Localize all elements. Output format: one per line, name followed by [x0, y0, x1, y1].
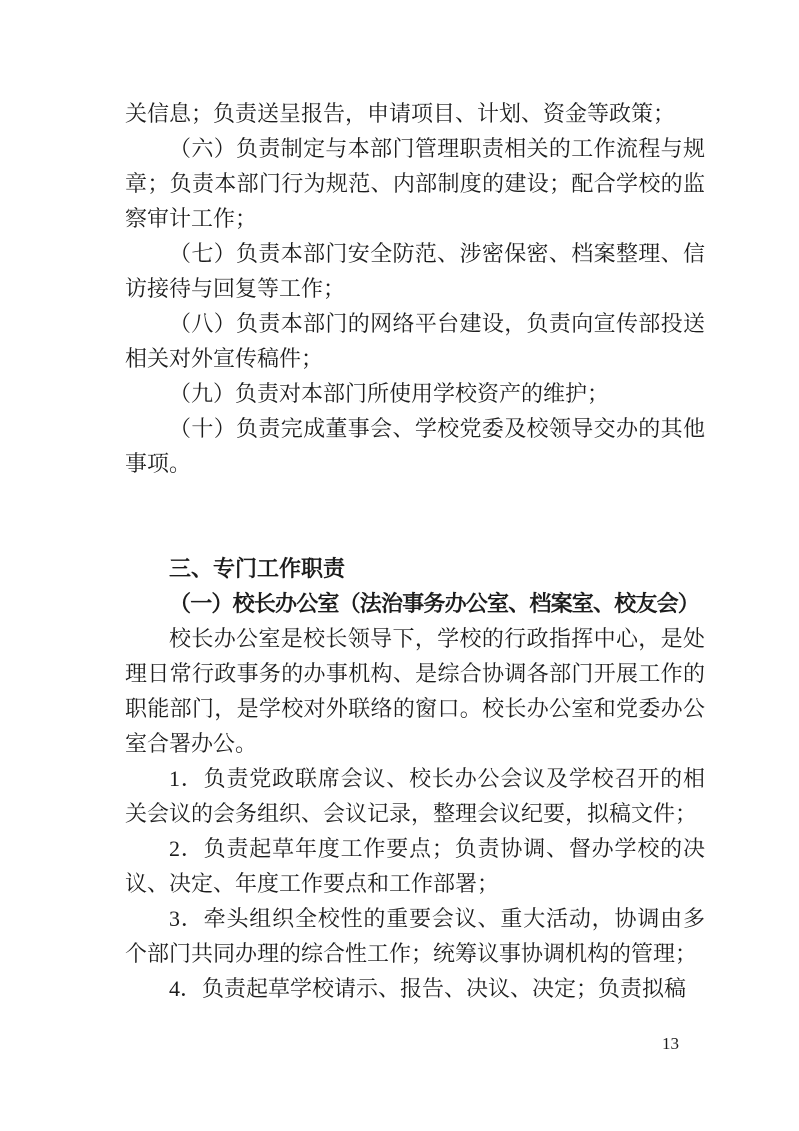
section-heading: 三、专门工作职责	[125, 551, 705, 586]
paragraph-duty-nine: （九）负责对本部门所使用学校资产的维护；	[125, 376, 705, 411]
paragraph-duty-ten: （十）负责完成董事会、学校党委及校领导交办的其他事项。	[125, 411, 705, 481]
paragraph-task-4: 4．负责起草学校请示、报告、决议、决定；负责拟稿	[125, 971, 705, 1006]
page-number: 13	[662, 1034, 679, 1054]
document-content: 关信息；负责送呈报告，申请项目、计划、资金等政策； （六）负责制定与本部门管理职…	[125, 96, 705, 1006]
paragraph-duty-eight: （八）负责本部门的网络平台建设，负责向宣传部投送相关对外宣传稿件；	[125, 306, 705, 376]
paragraph-task-3: 3．牵头组织全校性的重要会议、重大活动，协调由多个部门共同办理的综合性工作；统筹…	[125, 901, 705, 971]
paragraph-duty-seven: （七）负责本部门安全防范、涉密保密、档案整理、信访接待与回复等工作；	[125, 236, 705, 306]
paragraph-task-1: 1．负责党政联席会议、校长办公会议及学校召开的相关会议的会务组织、会议记录，整理…	[125, 761, 705, 831]
document-page: 关信息；负责送呈报告，申请项目、计划、资金等政策； （六）负责制定与本部门管理职…	[0, 0, 799, 1131]
paragraph-office-intro: 校长办公室是校长领导下，学校的行政指挥中心，是处理日常行政事务的办事机构、是综合…	[125, 621, 705, 761]
paragraph-continuation: 关信息；负责送呈报告，申请项目、计划、资金等政策；	[125, 96, 705, 131]
paragraph-task-2: 2．负责起草年度工作要点；负责协调、督办学校的决议、决定、年度工作要点和工作部署…	[125, 831, 705, 901]
paragraph-duty-six: （六）负责制定与本部门管理职责相关的工作流程与规章；负责本部门行为规范、内部制度…	[125, 131, 705, 236]
subsection-heading: （一）校长办公室（法治事务办公室、档案室、校友会）	[125, 586, 705, 621]
